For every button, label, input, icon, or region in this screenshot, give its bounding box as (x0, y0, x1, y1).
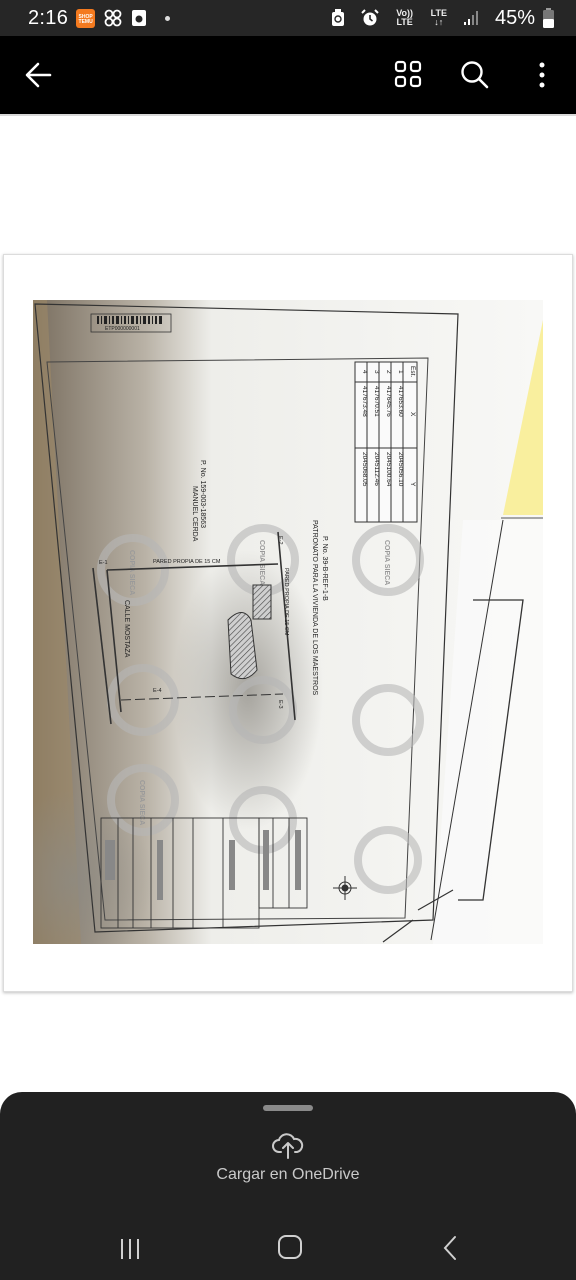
more-vert-icon (532, 60, 552, 90)
station-label: E-1 (99, 560, 108, 566)
status-bar: 2:16 SHOP TEMU Vo)) LTE LTE ↓↑ 45% (0, 0, 576, 36)
seal-text: COPIA SIECA (138, 780, 145, 825)
seal-text: COPIA SIECA (383, 540, 390, 585)
lte-data-icon: LTE ↓↑ (431, 9, 447, 27)
status-time: 2:16 (28, 7, 68, 30)
search-icon (460, 60, 490, 90)
cloud-upload-icon (272, 1132, 304, 1160)
pinwheel-icon (103, 8, 123, 28)
home-button[interactable] (277, 1234, 303, 1260)
neighbor-lot: P. No. 159-003-18563 (199, 460, 206, 528)
volte-icon: Vo)) LTE (395, 9, 415, 27)
more-options-button[interactable] (532, 60, 552, 90)
back-button[interactable] (24, 61, 54, 89)
coords-cell: 2045068.05 (361, 452, 368, 487)
grid-view-button[interactable] (394, 60, 422, 88)
upload-label: Cargar en OneDrive (188, 1166, 388, 1184)
owner-title: PATRONATO PARA LA VIVIENDA DE LOS MAESTR… (311, 520, 318, 696)
station-label: E-4 (153, 688, 162, 694)
coords-cell: 2045056.10 (397, 452, 404, 487)
navigation-bar (0, 1218, 576, 1280)
arrow-back-icon (24, 61, 54, 89)
station-label: E-3 (277, 700, 283, 709)
app-bar (0, 36, 576, 114)
camera-app-icon (131, 9, 147, 27)
coords-header-est: Est. (409, 366, 416, 377)
coords-cell: 417653.60 (397, 386, 404, 417)
scanned-plan-image: ETP000000001 Est. X Y 1 417653.60 204505… (33, 300, 543, 944)
notification-dot (165, 16, 170, 21)
coords-cell: 1 (397, 370, 404, 374)
station-label: E-2 (277, 536, 283, 545)
seal-text: COPIA SIECA (128, 550, 135, 595)
coords-cell: 417673.48 (361, 386, 368, 417)
coords-cell: 2045112.46 (373, 452, 380, 486)
seal-text: COPIA SIECA (258, 540, 265, 585)
lot-number: P. No. 39-B-REF-1-B (321, 536, 328, 601)
coords-header-y: Y (409, 482, 416, 487)
signal-icon (463, 10, 479, 26)
coords-cell: 417645.76 (385, 386, 392, 417)
alarm-icon (361, 9, 379, 27)
temu-app-icon: SHOP TEMU (76, 9, 95, 28)
wall-label: PARED PROPIA DE 15 CM (153, 559, 221, 565)
home-icon (277, 1234, 303, 1260)
barcode-text: ETP000000001 (105, 326, 140, 332)
wall-label: PARED PROPIA DE 15 CM (283, 568, 289, 636)
grid-icon (394, 60, 422, 88)
bottom-sheet: Cargar en OneDrive (0, 1092, 576, 1280)
sheet-drag-handle[interactable] (263, 1105, 313, 1111)
screenshot-saver-icon (331, 9, 345, 27)
upload-onedrive-button[interactable]: Cargar en OneDrive (188, 1132, 388, 1202)
data-arrows-icon: ↓↑ (434, 18, 443, 27)
chevron-left-icon (440, 1234, 460, 1262)
battery-percent: 45% (495, 7, 535, 30)
coords-cell: 3 (373, 370, 380, 374)
search-button[interactable] (460, 60, 490, 90)
street-label: CALLE MOSTAZA (123, 600, 130, 658)
nav-back-button[interactable] (440, 1234, 460, 1262)
battery-icon (543, 8, 554, 28)
neighbor-name: MANUEL CERDA (191, 486, 198, 542)
coords-header-x: X (409, 412, 416, 417)
coords-cell: 2045100.64 (385, 452, 392, 487)
coords-cell: 4 (361, 370, 368, 374)
recent-apps-icon (116, 1236, 144, 1262)
coords-cell: 417670.51 (373, 386, 380, 417)
recent-apps-button[interactable] (116, 1236, 144, 1262)
coords-cell: 2 (385, 370, 392, 374)
